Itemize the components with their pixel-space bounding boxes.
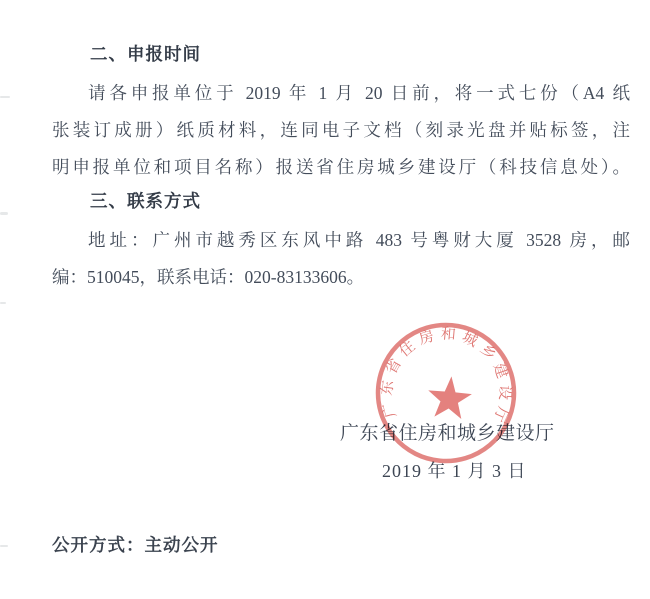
scan-artifact	[0, 545, 8, 547]
star-icon	[426, 375, 473, 420]
paragraph-line: 编：510045，联系电话：020-83133606。	[52, 265, 364, 289]
disclosure-method: 公开方式：主动公开	[52, 533, 219, 557]
paragraph-line: 张装订成册）纸质材料，连同电子文档（刻录光盘并贴标签，注	[52, 118, 630, 142]
seal-arc-text: 广东省住房和城乡建设厅	[376, 320, 519, 430]
signature-date: 2019 年 1 月 3 日	[382, 459, 527, 484]
seal-arc-text-container: 广东省住房和城乡建设厅	[376, 320, 519, 430]
document-page: 二、申报时间 请各申报单位于 2019 年 1 月 20 日前，将一式七份（A4…	[0, 0, 650, 599]
section-heading-application-time: 二、申报时间	[90, 42, 201, 66]
official-seal: 广东省住房和城乡建设厅	[354, 301, 538, 485]
section-heading-contact-info: 三、联系方式	[90, 189, 201, 213]
signature-agency-name: 广东省住房和城乡建设厅	[340, 421, 555, 447]
scan-artifact	[0, 96, 10, 98]
paragraph-line: 请各申报单位于 2019 年 1 月 20 日前，将一式七份（A4 纸	[88, 81, 630, 105]
scan-artifact	[0, 302, 6, 304]
paragraph-line: 明申报单位和项目名称）报送省住房城乡建设厅（科技信息处）。	[52, 155, 630, 179]
paragraph-line: 地址：广州市越秀区东风中路 483 号粤财大厦 3528 房，邮	[88, 228, 630, 252]
scan-artifact	[0, 212, 8, 215]
